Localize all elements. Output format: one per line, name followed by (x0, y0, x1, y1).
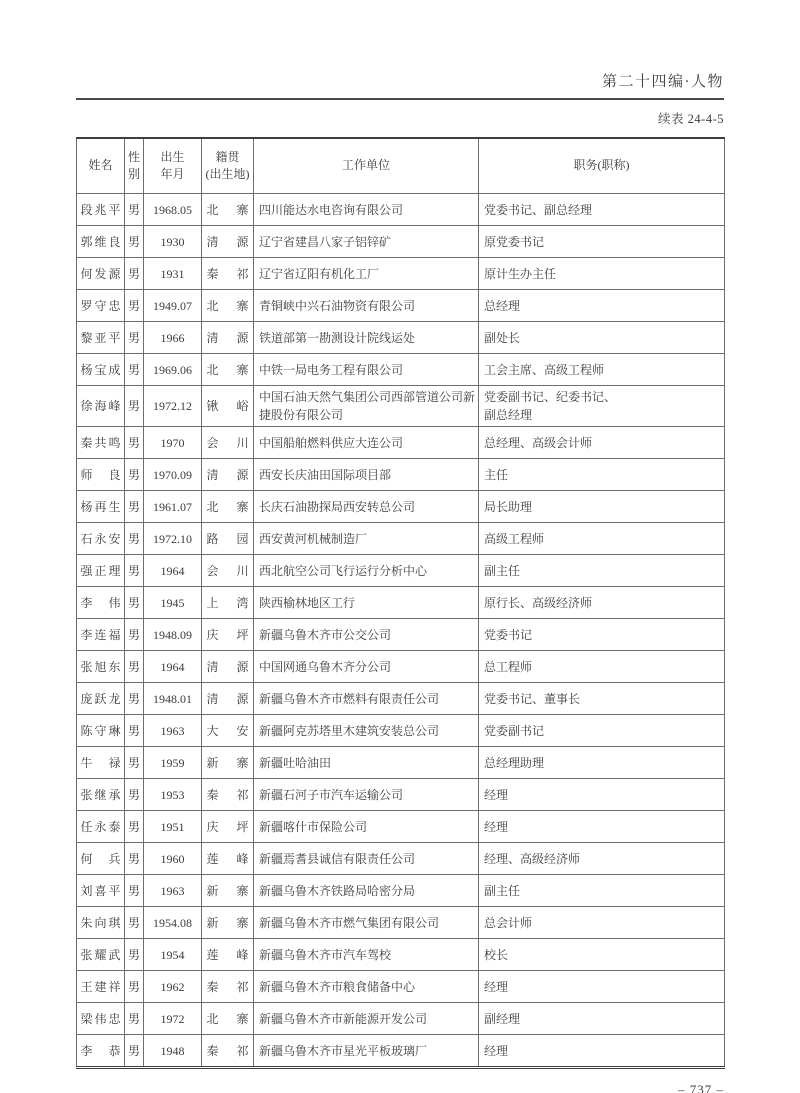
header-title: 职务(职称) (479, 138, 725, 194)
cell-gender: 男 (125, 427, 144, 459)
cell-native: 秦祁 (202, 258, 254, 290)
cell-gender: 男 (125, 386, 144, 427)
person-name: 徐海峰 (81, 397, 121, 415)
header-employer: 工作单位 (254, 138, 479, 194)
cell-title: 原党委书记 (479, 226, 725, 258)
cell-gender: 男 (125, 971, 144, 1003)
table-row: 杨宝成 男 1969.06 北寨 中铁一局电务工程有限公司 工会主席、高级工程师 (77, 354, 725, 386)
cell-gender: 男 (125, 523, 144, 555)
cell-name: 罗守忠 (77, 290, 125, 322)
cell-employer: 新疆喀什市保险公司 (254, 811, 479, 843)
cell-gender: 男 (125, 651, 144, 683)
header-birth: 出生 年月 (144, 138, 202, 194)
cell-gender: 男 (125, 875, 144, 907)
cell-gender: 男 (125, 907, 144, 939)
cell-gender: 男 (125, 290, 144, 322)
cell-employer: 新疆乌鲁木齐市公交公司 (254, 619, 479, 651)
person-name: 黎亚平 (81, 329, 121, 347)
cell-gender: 男 (125, 779, 144, 811)
cell-title: 总经理、高级会计师 (479, 427, 725, 459)
cell-title: 经理 (479, 971, 725, 1003)
cell-employer: 新疆乌鲁木齐市新能源开发公司 (254, 1003, 479, 1035)
cell-birth: 1962 (144, 971, 202, 1003)
cell-birth: 1964 (144, 651, 202, 683)
native-place: 秦祁 (207, 786, 249, 804)
cell-native: 庆坪 (202, 619, 254, 651)
cell-native: 清源 (202, 322, 254, 354)
table-row: 黎亚平 男 1966 清源 铁道部第一勘测设计院线运处 副处长 (77, 322, 725, 354)
cell-name: 张继承 (77, 779, 125, 811)
cell-employer: 新疆乌鲁木齐市粮食储备中心 (254, 971, 479, 1003)
cell-name: 杨宝成 (77, 354, 125, 386)
person-name: 张旭东 (81, 658, 121, 676)
person-name: 杨再生 (81, 498, 121, 516)
cell-name: 任永泰 (77, 811, 125, 843)
cell-employer: 新疆乌鲁木齐市燃料有限责任公司 (254, 683, 479, 715)
cell-native: 北寨 (202, 290, 254, 322)
cell-birth: 1959 (144, 747, 202, 779)
cell-name: 牛禄 (77, 747, 125, 779)
cell-name: 朱向琪 (77, 907, 125, 939)
cell-name: 石永安 (77, 523, 125, 555)
cell-birth: 1954.08 (144, 907, 202, 939)
table-row: 郭维良 男 1930 清源 辽宁省建昌八家子铝锌矿 原党委书记 (77, 226, 725, 258)
cell-birth: 1963 (144, 875, 202, 907)
cell-native: 北寨 (202, 1003, 254, 1035)
cell-birth: 1968.05 (144, 194, 202, 226)
cell-birth: 1970 (144, 427, 202, 459)
table-row: 段兆平 男 1968.05 北寨 四川能达水电咨询有限公司 党委书记、副总经理 (77, 194, 725, 226)
table-row: 王建祥 男 1962 秦祁 新疆乌鲁木齐市粮食储备中心 经理 (77, 971, 725, 1003)
cell-gender: 男 (125, 587, 144, 619)
person-name: 罗守忠 (81, 297, 121, 315)
page-content: 第二十四编·人物 续表 24-4-5 姓名 性 别 出生 年月 籍贯 (出生地)… (76, 0, 724, 1093)
native-place: 莲峰 (207, 850, 249, 868)
cell-employer: 新疆石河子市汽车运输公司 (254, 779, 479, 811)
table-row: 石永安 男 1972.10 路园 西安黄河机械制造厂 高级工程师 (77, 523, 725, 555)
native-place: 北寨 (207, 498, 249, 516)
cell-employer: 西安黄河机械制造厂 (254, 523, 479, 555)
cell-native: 新寨 (202, 747, 254, 779)
cell-name: 梁伟忠 (77, 1003, 125, 1035)
cell-name: 陈守琳 (77, 715, 125, 747)
cell-title: 副经理 (479, 1003, 725, 1035)
cell-title: 高级工程师 (479, 523, 725, 555)
cell-native: 锹峪 (202, 386, 254, 427)
cell-native: 秦祁 (202, 1035, 254, 1068)
native-place: 会川 (207, 562, 249, 580)
cell-title: 党委书记、副总经理 (479, 194, 725, 226)
cell-gender: 男 (125, 555, 144, 587)
cell-birth: 1969.06 (144, 354, 202, 386)
table-row: 师良 男 1970.09 清源 西安长庆油田国际项目部 主任 (77, 459, 725, 491)
cell-gender: 男 (125, 1003, 144, 1035)
native-place: 上湾 (207, 594, 249, 612)
cell-native: 上湾 (202, 587, 254, 619)
cell-employer: 西北航空公司飞行运行分析中心 (254, 555, 479, 587)
cell-birth: 1949.07 (144, 290, 202, 322)
cell-name: 李伟 (77, 587, 125, 619)
cell-birth: 1953 (144, 779, 202, 811)
cell-employer: 新疆吐哈油田 (254, 747, 479, 779)
cell-employer: 新疆乌鲁木齐市燃气集团有限公司 (254, 907, 479, 939)
cell-native: 秦祁 (202, 779, 254, 811)
cell-name: 李连福 (77, 619, 125, 651)
table-row: 强正理 男 1964 会川 西北航空公司飞行运行分析中心 副主任 (77, 555, 725, 587)
cell-employer: 新疆阿克苏塔里木建筑安装总公司 (254, 715, 479, 747)
cell-native: 清源 (202, 651, 254, 683)
native-place: 大安 (207, 722, 249, 740)
table-row: 张耀武 男 1954 莲峰 新疆乌鲁木齐市汽车驾校 校长 (77, 939, 725, 971)
cell-title: 经理 (479, 811, 725, 843)
person-name: 何兵 (81, 850, 121, 868)
cell-name: 李恭 (77, 1035, 125, 1068)
header-name: 姓名 (77, 138, 125, 194)
cell-native: 清源 (202, 226, 254, 258)
cell-birth: 1961.07 (144, 491, 202, 523)
cell-title: 党委书记 (479, 619, 725, 651)
native-place: 秦祁 (207, 265, 249, 283)
cell-title: 党委书记、董事长 (479, 683, 725, 715)
person-name: 牛禄 (81, 754, 121, 772)
cell-employer: 中国网通乌鲁木齐分公司 (254, 651, 479, 683)
native-place: 莲峰 (207, 946, 249, 964)
cell-gender: 男 (125, 715, 144, 747)
cell-title: 党委副书记、纪委书记、 副总经理 (479, 386, 725, 427)
native-place: 清源 (207, 466, 249, 484)
table-row: 陈守琳 男 1963 大安 新疆阿克苏塔里木建筑安装总公司 党委副书记 (77, 715, 725, 747)
cell-title: 副主任 (479, 875, 725, 907)
table-row: 张旭东 男 1964 清源 中国网通乌鲁木齐分公司 总工程师 (77, 651, 725, 683)
cell-employer: 新疆乌鲁木齐市星光平板玻璃厂 (254, 1035, 479, 1068)
cell-gender: 男 (125, 747, 144, 779)
cell-gender: 男 (125, 1035, 144, 1068)
native-place: 清源 (207, 690, 249, 708)
cell-native: 庆坪 (202, 811, 254, 843)
cell-gender: 男 (125, 811, 144, 843)
person-name: 何发源 (81, 265, 121, 283)
cell-gender: 男 (125, 322, 144, 354)
cell-native: 路园 (202, 523, 254, 555)
cell-birth: 1972.12 (144, 386, 202, 427)
table-row: 张继承 男 1953 秦祁 新疆石河子市汽车运输公司 经理 (77, 779, 725, 811)
cell-title: 经理、高级经济师 (479, 843, 725, 875)
cell-employer: 新疆乌鲁木齐市汽车驾校 (254, 939, 479, 971)
cell-employer: 中国石油天然气集团公司西部管道公司新 捷股份有限公司 (254, 386, 479, 427)
cell-title: 原计生办主任 (479, 258, 725, 290)
table-header: 姓名 性 别 出生 年月 籍贯 (出生地) 工作单位 职务(职称) (77, 138, 725, 194)
native-place: 新寨 (207, 914, 249, 932)
cell-name: 刘喜平 (77, 875, 125, 907)
person-name: 庞跃龙 (81, 690, 121, 708)
cell-title: 党委副书记 (479, 715, 725, 747)
native-place: 会川 (207, 434, 249, 452)
cell-gender: 男 (125, 459, 144, 491)
table-row: 庞跃龙 男 1948.01 清源 新疆乌鲁木齐市燃料有限责任公司 党委书记、董事… (77, 683, 725, 715)
native-place: 庆坪 (207, 818, 249, 836)
table-row: 秦共鸣 男 1970 会川 中国船舶燃料供应大连公司 总经理、高级会计师 (77, 427, 725, 459)
cell-name: 段兆平 (77, 194, 125, 226)
cell-employer: 陕西榆林地区工行 (254, 587, 479, 619)
cell-title: 主任 (479, 459, 725, 491)
cell-name: 杨再生 (77, 491, 125, 523)
person-name: 李连福 (81, 626, 121, 644)
cell-name: 师良 (77, 459, 125, 491)
cell-native: 清源 (202, 683, 254, 715)
cell-name: 何兵 (77, 843, 125, 875)
cell-native: 北寨 (202, 354, 254, 386)
cell-title: 副处长 (479, 322, 725, 354)
cell-employer: 新疆乌鲁木齐铁路局哈密分局 (254, 875, 479, 907)
person-name: 梁伟忠 (81, 1010, 121, 1028)
native-place: 北寨 (207, 297, 249, 315)
cell-gender: 男 (125, 194, 144, 226)
cell-employer: 中国船舶燃料供应大连公司 (254, 427, 479, 459)
cell-native: 新寨 (202, 907, 254, 939)
table-row: 李连福 男 1948.09 庆坪 新疆乌鲁木齐市公交公司 党委书记 (77, 619, 725, 651)
cell-native: 会川 (202, 427, 254, 459)
native-place: 新寨 (207, 754, 249, 772)
cell-name: 张旭东 (77, 651, 125, 683)
cell-name: 秦共鸣 (77, 427, 125, 459)
table-row: 何兵 男 1960 莲峰 新疆焉耆县诚信有限责任公司 经理、高级经济师 (77, 843, 725, 875)
table-row: 梁伟忠 男 1972 北寨 新疆乌鲁木齐市新能源开发公司 副经理 (77, 1003, 725, 1035)
cell-gender: 男 (125, 683, 144, 715)
native-place: 清源 (207, 658, 249, 676)
person-name: 任永泰 (81, 818, 121, 836)
cell-gender: 男 (125, 939, 144, 971)
cell-title: 局长助理 (479, 491, 725, 523)
cell-birth: 1948.01 (144, 683, 202, 715)
header-gender: 性 别 (125, 138, 144, 194)
cell-native: 清源 (202, 459, 254, 491)
cell-name: 何发源 (77, 258, 125, 290)
native-place: 新寨 (207, 882, 249, 900)
table-row: 徐海峰 男 1972.12 锹峪 中国石油天然气集团公司西部管道公司新 捷股份有… (77, 386, 725, 427)
cell-birth: 1948 (144, 1035, 202, 1068)
cell-birth: 1948.09 (144, 619, 202, 651)
cell-name: 郭维良 (77, 226, 125, 258)
native-place: 清源 (207, 233, 249, 251)
table-continuation-label: 续表 24-4-5 (76, 109, 724, 127)
running-head: 第二十四编·人物 (76, 70, 724, 91)
native-place: 秦祁 (207, 1042, 249, 1060)
native-place: 北寨 (207, 1010, 249, 1028)
cell-name: 王建祥 (77, 971, 125, 1003)
people-table: 姓名 性 别 出生 年月 籍贯 (出生地) 工作单位 职务(职称) 段兆平 男 … (76, 137, 725, 1069)
cell-title: 总经理 (479, 290, 725, 322)
table-row: 刘喜平 男 1963 新寨 新疆乌鲁木齐铁路局哈密分局 副主任 (77, 875, 725, 907)
cell-birth: 1964 (144, 555, 202, 587)
person-name: 石永安 (81, 530, 121, 548)
native-place: 秦祁 (207, 978, 249, 996)
person-name: 师良 (81, 466, 121, 484)
cell-title: 总工程师 (479, 651, 725, 683)
cell-gender: 男 (125, 619, 144, 651)
cell-native: 北寨 (202, 194, 254, 226)
cell-native: 大安 (202, 715, 254, 747)
person-name: 陈守琳 (81, 722, 121, 740)
cell-native: 莲峰 (202, 939, 254, 971)
running-head-rule (76, 98, 724, 100)
cell-birth: 1931 (144, 258, 202, 290)
cell-title: 经理 (479, 1035, 725, 1068)
native-place: 清源 (207, 329, 249, 347)
cell-title: 原行长、高级经济师 (479, 587, 725, 619)
page-number: – 737 – (76, 1082, 724, 1093)
cell-name: 徐海峰 (77, 386, 125, 427)
book-page: 第二十四编·人物 续表 24-4-5 姓名 性 别 出生 年月 籍贯 (出生地)… (0, 0, 800, 1093)
cell-birth: 1951 (144, 811, 202, 843)
cell-title: 经理 (479, 779, 725, 811)
cell-birth: 1966 (144, 322, 202, 354)
table-row: 李伟 男 1945 上湾 陕西榆林地区工行 原行长、高级经济师 (77, 587, 725, 619)
person-name: 李伟 (81, 594, 121, 612)
table-row: 罗守忠 男 1949.07 北寨 青铜峡中兴石油物资有限公司 总经理 (77, 290, 725, 322)
table-row: 朱向琪 男 1954.08 新寨 新疆乌鲁木齐市燃气集团有限公司 总会计师 (77, 907, 725, 939)
native-place: 北寨 (207, 361, 249, 379)
table-row: 何发源 男 1931 秦祁 辽宁省辽阳有机化工厂 原计生办主任 (77, 258, 725, 290)
cell-title: 总会计师 (479, 907, 725, 939)
native-place: 北寨 (207, 201, 249, 219)
table-row: 杨再生 男 1961.07 北寨 长庆石油勘探局西安转总公司 局长助理 (77, 491, 725, 523)
table-row: 李恭 男 1948 秦祁 新疆乌鲁木齐市星光平板玻璃厂 经理 (77, 1035, 725, 1068)
cell-name: 强正理 (77, 555, 125, 587)
header-native: 籍贯 (出生地) (202, 138, 254, 194)
cell-native: 莲峰 (202, 843, 254, 875)
cell-native: 秦祁 (202, 971, 254, 1003)
cell-employer: 中铁一局电务工程有限公司 (254, 354, 479, 386)
cell-employer: 长庆石油勘探局西安转总公司 (254, 491, 479, 523)
table-row: 牛禄 男 1959 新寨 新疆吐哈油田 总经理助理 (77, 747, 725, 779)
cell-native: 北寨 (202, 491, 254, 523)
table-header-row: 姓名 性 别 出生 年月 籍贯 (出生地) 工作单位 职务(职称) (77, 138, 725, 194)
cell-birth: 1972.10 (144, 523, 202, 555)
native-place: 庆坪 (207, 626, 249, 644)
cell-employer: 辽宁省辽阳有机化工厂 (254, 258, 479, 290)
cell-birth: 1945 (144, 587, 202, 619)
cell-title: 工会主席、高级工程师 (479, 354, 725, 386)
cell-title: 副主任 (479, 555, 725, 587)
person-name: 朱向琪 (81, 914, 121, 932)
cell-birth: 1972 (144, 1003, 202, 1035)
cell-birth: 1960 (144, 843, 202, 875)
cell-employer: 西安长庆油田国际项目部 (254, 459, 479, 491)
cell-birth: 1954 (144, 939, 202, 971)
native-place: 锹峪 (207, 397, 249, 415)
cell-gender: 男 (125, 491, 144, 523)
cell-employer: 青铜峡中兴石油物资有限公司 (254, 290, 479, 322)
person-name: 张耀武 (81, 946, 121, 964)
person-name: 李恭 (81, 1042, 121, 1060)
cell-gender: 男 (125, 226, 144, 258)
person-name: 张继承 (81, 786, 121, 804)
person-name: 强正理 (81, 562, 121, 580)
table-row: 任永泰 男 1951 庆坪 新疆喀什市保险公司 经理 (77, 811, 725, 843)
cell-gender: 男 (125, 258, 144, 290)
cell-name: 黎亚平 (77, 322, 125, 354)
person-name: 刘喜平 (81, 882, 121, 900)
cell-gender: 男 (125, 843, 144, 875)
cell-birth: 1930 (144, 226, 202, 258)
cell-name: 庞跃龙 (77, 683, 125, 715)
person-name: 王建祥 (81, 978, 121, 996)
cell-employer: 四川能达水电咨询有限公司 (254, 194, 479, 226)
cell-birth: 1963 (144, 715, 202, 747)
cell-title: 总经理助理 (479, 747, 725, 779)
person-name: 杨宝成 (81, 361, 121, 379)
person-name: 段兆平 (81, 201, 121, 219)
cell-employer: 铁道部第一勘测设计院线运处 (254, 322, 479, 354)
cell-employer: 新疆焉耆县诚信有限责任公司 (254, 843, 479, 875)
person-name: 郭维良 (81, 233, 121, 251)
native-place: 路园 (207, 530, 249, 548)
cell-title: 校长 (479, 939, 725, 971)
cell-birth: 1970.09 (144, 459, 202, 491)
cell-employer: 辽宁省建昌八家子铝锌矿 (254, 226, 479, 258)
cell-native: 新寨 (202, 875, 254, 907)
person-name: 秦共鸣 (81, 434, 121, 452)
cell-name: 张耀武 (77, 939, 125, 971)
cell-native: 会川 (202, 555, 254, 587)
cell-gender: 男 (125, 354, 144, 386)
table-body: 段兆平 男 1968.05 北寨 四川能达水电咨询有限公司 党委书记、副总经理 … (77, 194, 725, 1068)
